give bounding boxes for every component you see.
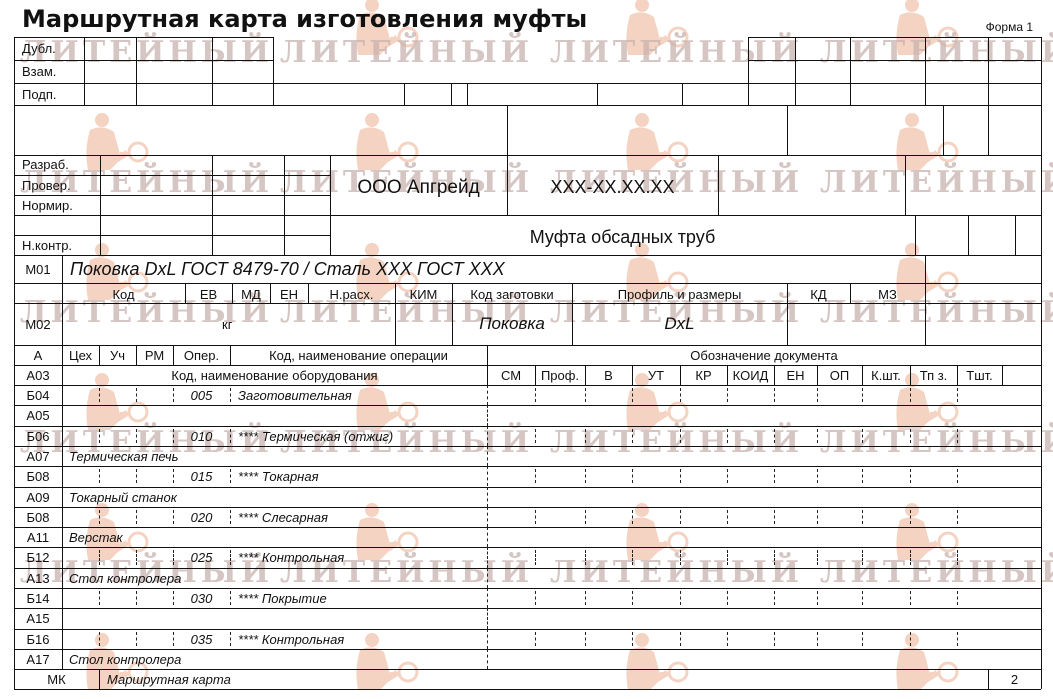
dashed-divider — [680, 550, 681, 564]
dashed-divider — [817, 429, 818, 443]
grid-line — [787, 303, 788, 345]
dashed-divider — [632, 469, 633, 483]
dashed-divider — [535, 591, 536, 605]
dashed-divider — [487, 568, 488, 588]
doc-column-header: КР — [680, 369, 727, 382]
dashed-divider — [585, 388, 586, 402]
grid-line — [14, 608, 1041, 609]
dashed-divider — [230, 510, 231, 524]
dashed-divider — [535, 550, 536, 564]
operation-number: 005 — [173, 389, 230, 402]
grid-line — [14, 385, 1041, 386]
watermark-text: ЛИТЕЙНЫЙ — [820, 425, 1053, 460]
dashed-divider — [862, 429, 863, 443]
dashed-divider — [632, 632, 633, 646]
doc-column-header: Тшт. — [957, 369, 1002, 382]
grid-line — [14, 629, 1041, 630]
dashed-divider — [957, 550, 958, 564]
dashed-divider — [487, 507, 488, 527]
operation-number: 025 — [173, 551, 230, 564]
dashed-divider — [487, 527, 488, 547]
dashed-divider — [774, 510, 775, 524]
dashed-divider — [680, 388, 681, 402]
ops-header: Опер. — [173, 349, 230, 362]
row-code: А17 — [14, 653, 62, 666]
doc-column-header: ОП — [817, 369, 862, 382]
dashed-divider — [680, 632, 681, 646]
watermark-text: ЛИТЕЙНЫЙ — [550, 425, 803, 460]
watermark-text: ЛИТЕЙНЫЙ — [20, 35, 273, 70]
dashed-divider — [862, 388, 863, 402]
row-code: А11 — [14, 531, 62, 544]
dashed-divider — [535, 469, 536, 483]
dashed-divider — [632, 388, 633, 402]
grid-line — [682, 83, 683, 105]
grid-line — [14, 446, 1041, 447]
dashed-divider — [585, 469, 586, 483]
grid-line — [925, 255, 926, 345]
operation-name: **** Токарная — [238, 470, 319, 483]
grid-line — [273, 37, 274, 105]
row-code: Б08 — [14, 511, 62, 524]
grid-line — [14, 426, 1041, 427]
company-name: ООО Апгрейд — [330, 178, 507, 197]
page-number: 2 — [988, 673, 1041, 686]
row-code: Б06 — [14, 430, 62, 443]
dashed-divider — [957, 469, 958, 483]
dashed-divider — [680, 469, 681, 483]
dashed-divider — [99, 632, 100, 646]
dashed-divider — [136, 510, 137, 524]
part-name: Муфта обсадных труб — [330, 228, 915, 246]
grid-line — [14, 37, 273, 38]
grid-line — [787, 105, 788, 155]
grid-line — [748, 37, 1041, 38]
doc-column-header: В — [585, 369, 632, 382]
dashed-divider — [862, 550, 863, 564]
watermark-text: ЛИТЕЙНЫЙ — [820, 35, 1053, 70]
dashed-divider — [487, 547, 488, 567]
ops-header: А — [14, 349, 62, 362]
grid-line — [14, 235, 330, 236]
footer-text: Маршрутная карта — [107, 673, 231, 686]
dashed-divider — [817, 469, 818, 483]
dashed-divider — [862, 469, 863, 483]
dashed-divider — [680, 510, 681, 524]
dashed-divider — [680, 429, 681, 443]
dashed-divider — [910, 388, 911, 402]
stamp-label: Взам. — [22, 65, 56, 78]
dashed-divider — [774, 591, 775, 605]
dashed-divider — [535, 510, 536, 524]
grid-line — [451, 83, 452, 105]
dashed-divider — [99, 510, 100, 524]
row-code: А09 — [14, 491, 62, 504]
dashed-divider — [487, 426, 488, 446]
operation-name: **** Термическая (отжиг) — [238, 430, 393, 443]
dashed-divider — [487, 629, 488, 649]
watermark-text: ЛИТЕЙНЫЙ — [550, 35, 803, 70]
dashed-divider — [585, 550, 586, 564]
footer-code: МК — [14, 673, 99, 686]
grid-line — [84, 37, 85, 105]
grid-line — [988, 37, 989, 105]
material-header: ЕВ — [185, 288, 232, 301]
row-code: А03 — [14, 369, 62, 382]
material-header: МД — [232, 288, 270, 301]
dashed-divider — [136, 429, 137, 443]
grid-line — [14, 466, 1041, 467]
dashed-divider — [727, 550, 728, 564]
grid-line — [14, 60, 273, 61]
ops-header: Уч — [99, 349, 136, 362]
dashed-divider — [910, 550, 911, 564]
dashed-divider — [230, 388, 231, 402]
dashed-divider — [487, 649, 488, 669]
material-description: Поковка DxL ГОСТ 8479-70 / Сталь ХХХ ГОС… — [70, 260, 505, 278]
ops-header: Код, наименование операции — [230, 349, 487, 362]
grid-line — [404, 83, 405, 105]
equipment-name: Стол контролера — [69, 572, 181, 585]
row-code: Б08 — [14, 470, 62, 483]
ops-header: Обозначение документа — [487, 349, 1041, 362]
grid-line — [14, 345, 1041, 346]
grid-line — [14, 487, 1041, 488]
foundry-worker-icon — [620, 110, 690, 180]
page-title: Маршрутная карта изготовления муфты — [22, 5, 587, 33]
grid-line — [14, 155, 1041, 156]
grid-line — [212, 155, 213, 255]
grid-line — [467, 83, 468, 105]
ops-header: РМ — [136, 349, 173, 362]
grid-line — [14, 588, 1041, 589]
dashed-divider — [910, 632, 911, 646]
grid-line — [14, 689, 1041, 690]
watermark-text: ЛИТЕЙНЫЙ — [820, 555, 1053, 590]
grid-line — [14, 527, 1041, 528]
dashed-divider — [727, 469, 728, 483]
operation-name: Заготовительная — [238, 389, 352, 402]
dashed-divider — [957, 510, 958, 524]
dashed-divider — [862, 591, 863, 605]
dashed-divider — [910, 469, 911, 483]
equipment-header: Код, наименование оборудования — [62, 369, 487, 382]
equipment-name: Термическая печь — [69, 450, 178, 463]
dashed-divider — [910, 510, 911, 524]
operation-number: 030 — [173, 592, 230, 605]
unit-value: кг — [222, 318, 232, 331]
ops-header: Цех — [62, 349, 99, 362]
material-header: МЗ — [850, 288, 925, 301]
grid-line — [14, 669, 1041, 670]
dashed-divider — [817, 550, 818, 564]
grid-line — [14, 283, 1041, 284]
dashed-divider — [774, 469, 775, 483]
grid-line — [507, 105, 508, 155]
grid-line — [14, 649, 1041, 650]
grid-line — [905, 155, 906, 215]
foundry-worker-icon — [890, 110, 960, 180]
row-code: Б04 — [14, 389, 62, 402]
dashed-divider — [487, 466, 488, 486]
row-code: Б14 — [14, 592, 62, 605]
dashed-divider — [535, 388, 536, 402]
dashed-divider — [957, 632, 958, 646]
m02-code: М02 — [14, 318, 62, 331]
grid-line — [14, 547, 1041, 548]
dashed-divider — [585, 429, 586, 443]
dashed-divider — [774, 429, 775, 443]
dashed-divider — [487, 588, 488, 608]
doc-column-header: Тп з. — [910, 369, 957, 382]
grid-line — [925, 37, 926, 105]
operation-name: **** Слесарная — [238, 511, 328, 524]
material-header: КИМ — [395, 288, 452, 301]
dashed-divider — [99, 388, 100, 402]
material-header: Профиль и размеры — [572, 288, 787, 301]
dashed-divider — [487, 446, 488, 466]
grid-line — [14, 568, 1041, 569]
stamp-label: Дубл. — [22, 42, 56, 55]
doc-column-header: ЕН — [774, 369, 817, 382]
dashed-divider — [230, 632, 231, 646]
foundry-worker-icon — [350, 110, 420, 180]
dashed-divider — [230, 429, 231, 443]
dashed-divider — [487, 385, 488, 405]
grid-line — [748, 37, 749, 105]
profile-value: DxL — [572, 315, 787, 332]
grid-line — [718, 155, 719, 215]
material-header: КД — [787, 288, 850, 301]
grid-line — [212, 37, 213, 105]
signature-label: Нормир. — [22, 199, 73, 212]
watermark-text: ЛИТЕЙНЫЙ — [280, 35, 533, 70]
grid-line — [14, 405, 1041, 406]
doc-column-header: СМ — [487, 369, 535, 382]
dashed-divider — [487, 608, 488, 628]
foundry-worker-icon — [350, 500, 420, 570]
dashed-divider — [727, 388, 728, 402]
grid-line — [14, 303, 1041, 304]
equipment-name: Верстак — [69, 531, 123, 544]
row-code: А15 — [14, 612, 62, 625]
grid-line — [14, 215, 330, 216]
dashed-divider — [774, 550, 775, 564]
signature-label: Н.контр. — [22, 239, 72, 252]
grid-line — [14, 195, 330, 196]
dashed-divider — [535, 429, 536, 443]
dashed-divider — [230, 469, 231, 483]
dashed-divider — [817, 510, 818, 524]
watermark-text: ЛИТЕЙНЫЙ — [820, 165, 1053, 200]
stamp-label: Подп. — [22, 88, 57, 101]
grid-line — [915, 215, 916, 255]
dashed-divider — [632, 591, 633, 605]
dashed-divider — [535, 632, 536, 646]
dashed-divider — [585, 632, 586, 646]
grid-line — [136, 37, 137, 105]
grid-line — [14, 175, 330, 176]
grid-line — [795, 37, 796, 105]
dashed-divider — [99, 469, 100, 483]
dashed-divider — [230, 550, 231, 564]
dashed-divider — [99, 591, 100, 605]
grid-line — [100, 155, 101, 255]
dashed-divider — [727, 632, 728, 646]
dashed-divider — [680, 591, 681, 605]
material-header: Н.расх. — [308, 288, 395, 301]
dashed-divider — [862, 632, 863, 646]
doc-column-header: КОИД — [727, 369, 774, 382]
material-header: ЕН — [270, 288, 308, 301]
dashed-divider — [99, 550, 100, 564]
grid-line — [14, 507, 1041, 508]
foundry-worker-icon — [620, 0, 690, 65]
grid-line — [968, 215, 969, 255]
equipment-name: Стол контролера — [69, 653, 181, 666]
operation-number: 035 — [173, 633, 230, 646]
grid-line — [284, 155, 285, 255]
dashed-divider — [910, 591, 911, 605]
dashed-divider — [957, 591, 958, 605]
operation-number: 015 — [173, 470, 230, 483]
dashed-divider — [632, 429, 633, 443]
dashed-divider — [585, 510, 586, 524]
dashed-divider — [136, 388, 137, 402]
operation-number: 010 — [173, 430, 230, 443]
grid-line — [850, 37, 851, 105]
row-code: А05 — [14, 409, 62, 422]
doc-column-header: Проф. — [535, 369, 585, 382]
grid-line — [404, 83, 1041, 84]
operation-number: 020 — [173, 511, 230, 524]
doc-column-header: УТ — [632, 369, 680, 382]
signature-label: Разраб. — [22, 158, 69, 171]
material-header: Код заготовки — [452, 288, 572, 301]
dashed-divider — [632, 510, 633, 524]
dashed-divider — [136, 591, 137, 605]
grid-line — [597, 83, 598, 105]
grid-line — [14, 105, 1041, 106]
dashed-divider — [910, 429, 911, 443]
dashed-divider — [727, 510, 728, 524]
equipment-name: Токарный станок — [69, 491, 177, 504]
material-header: Код — [62, 288, 185, 301]
grid-line — [99, 669, 100, 689]
operation-name: **** Контрольная — [238, 551, 344, 564]
grid-line — [1015, 215, 1016, 255]
blank-code-value: Поковка — [452, 315, 572, 332]
doc-column-header: К.шт. — [862, 369, 910, 382]
dashed-divider — [817, 632, 818, 646]
watermark-text: ЛИТЕЙНЫЙ — [550, 555, 803, 590]
grid-line — [748, 60, 1041, 61]
dashed-divider — [817, 388, 818, 402]
dashed-divider — [487, 487, 488, 507]
dashed-divider — [957, 388, 958, 402]
grid-line — [1041, 37, 1042, 689]
row-code: А13 — [14, 572, 62, 585]
document-code: XXX-XX.XX.XX — [507, 178, 718, 196]
dashed-divider — [136, 469, 137, 483]
dashed-divider — [487, 405, 488, 425]
foundry-worker-icon — [80, 110, 150, 180]
operation-name: **** Контрольная — [238, 633, 344, 646]
dashed-divider — [817, 591, 818, 605]
dashed-divider — [136, 632, 137, 646]
dashed-divider — [230, 591, 231, 605]
dashed-divider — [585, 591, 586, 605]
grid-line — [395, 303, 396, 345]
form-label: Форма 1 — [986, 20, 1033, 34]
row-code: Б16 — [14, 633, 62, 646]
grid-line — [14, 255, 1041, 256]
dashed-divider — [727, 429, 728, 443]
row-code: А07 — [14, 450, 62, 463]
dashed-divider — [862, 510, 863, 524]
m01-code: М01 — [14, 263, 62, 276]
dashed-divider — [99, 429, 100, 443]
dashed-divider — [632, 550, 633, 564]
signature-label: Провер. — [22, 179, 71, 192]
grid-line — [943, 105, 944, 155]
grid-line — [988, 105, 989, 155]
dashed-divider — [136, 550, 137, 564]
dashed-divider — [774, 632, 775, 646]
row-code: Б12 — [14, 551, 62, 564]
grid-line — [1002, 365, 1003, 385]
operation-name: **** Покрытие — [238, 592, 327, 605]
foundry-worker-icon — [890, 500, 960, 570]
dashed-divider — [727, 591, 728, 605]
dashed-divider — [774, 388, 775, 402]
dashed-divider — [957, 429, 958, 443]
grid-line — [330, 215, 1041, 216]
